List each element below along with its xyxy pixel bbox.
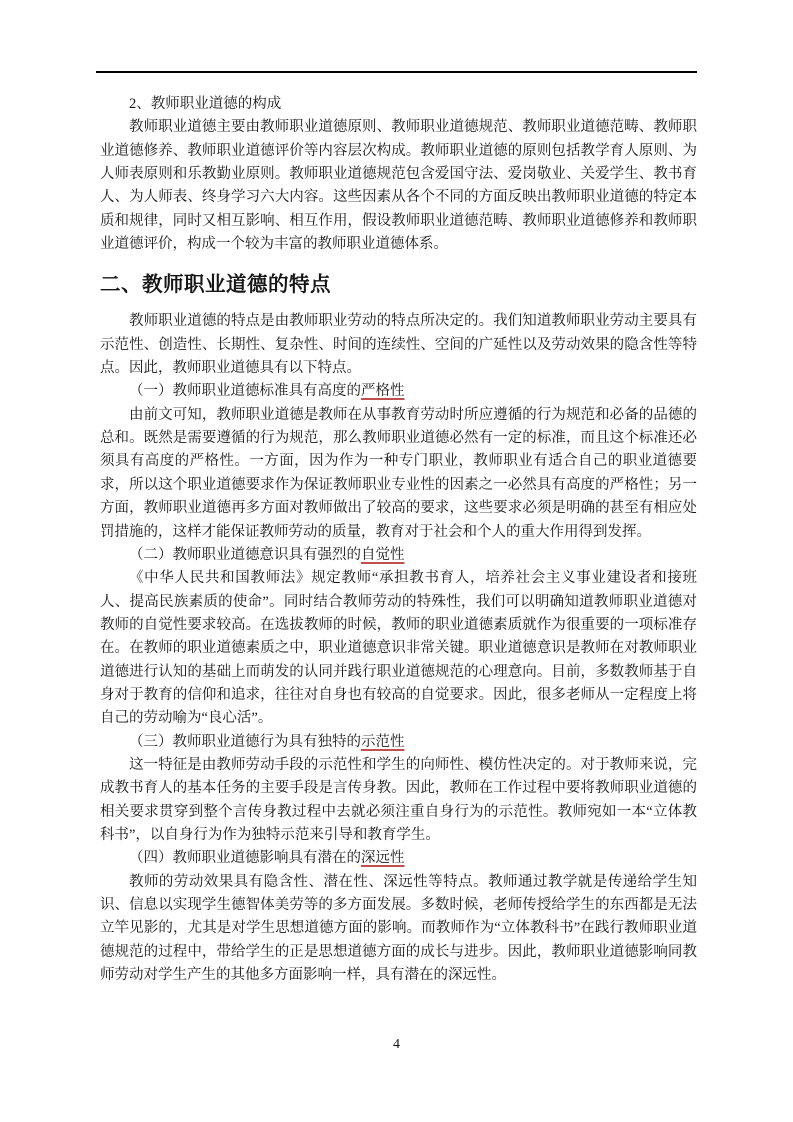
feature-3-heading-text: （三）教师职业道德行为具有独特的 xyxy=(129,734,361,750)
feature-4-heading: （四）教师职业道德影响具有潜在的深远性 xyxy=(100,847,697,870)
feature-1-heading-text: （一）教师职业道德标准具有高度的 xyxy=(129,383,361,399)
feature-4-paragraph: 教师的劳动效果具有隐含性、潜在性、深远性等特点。教师通过教学就是传递给学生知识、… xyxy=(100,871,697,988)
feature-4-keyword: 深远性 xyxy=(361,850,405,866)
feature-2-keyword: 自觉性 xyxy=(361,547,405,563)
feature-1-keyword: 严格性 xyxy=(361,383,405,399)
page-number: 4 xyxy=(0,1036,793,1054)
section-intro-paragraph: 教师职业道德的特点是由教师职业劳动的特点所决定的。我们知道教师职业劳动主要具有示… xyxy=(100,310,697,380)
section-heading: 二、教师职业道德的特点 xyxy=(100,270,697,300)
document-body: 2、教师职业道德的构成 教师职业道德主要由教师职业道德原则、教师职业道德规范、教… xyxy=(100,93,697,987)
feature-4-heading-text: （四）教师职业道德影响具有潜在的 xyxy=(129,850,361,866)
feature-2-heading-text: （二）教师职业道德意识具有强烈的 xyxy=(129,547,361,563)
feature-2-heading: （二）教师职业道德意识具有强烈的自觉性 xyxy=(100,544,697,567)
subsection-heading: 2、教师职业道德的构成 xyxy=(100,93,697,116)
header-divider-line xyxy=(96,71,697,73)
feature-1-paragraph: 由前文可知，教师职业道德是教师在从事教育劳动时所应遵循的行为规范和必备的品德的总… xyxy=(100,404,697,544)
feature-3-heading: （三）教师职业道德行为具有独特的示范性 xyxy=(100,731,697,754)
feature-2-paragraph: 《中华人民共和国教师法》规定教师“承担教书育人，培养社会主义事业建设者和接班人、… xyxy=(100,567,697,730)
feature-3-keyword: 示范性 xyxy=(361,734,405,750)
document-page: 2、教师职业道德的构成 教师职业道德主要由教师职业道德原则、教师职业道德规范、教… xyxy=(0,0,793,1122)
feature-3-paragraph: 这一特征是由教师劳动手段的示范性和学生的向师性、模仿性决定的。对于教师来说，完成… xyxy=(100,754,697,847)
subsection-paragraph: 教师职业道德主要由教师职业道德原则、教师职业道德规范、教师职业道德范畴、教师职业… xyxy=(100,116,697,256)
feature-1-heading: （一）教师职业道德标准具有高度的严格性 xyxy=(100,380,697,403)
